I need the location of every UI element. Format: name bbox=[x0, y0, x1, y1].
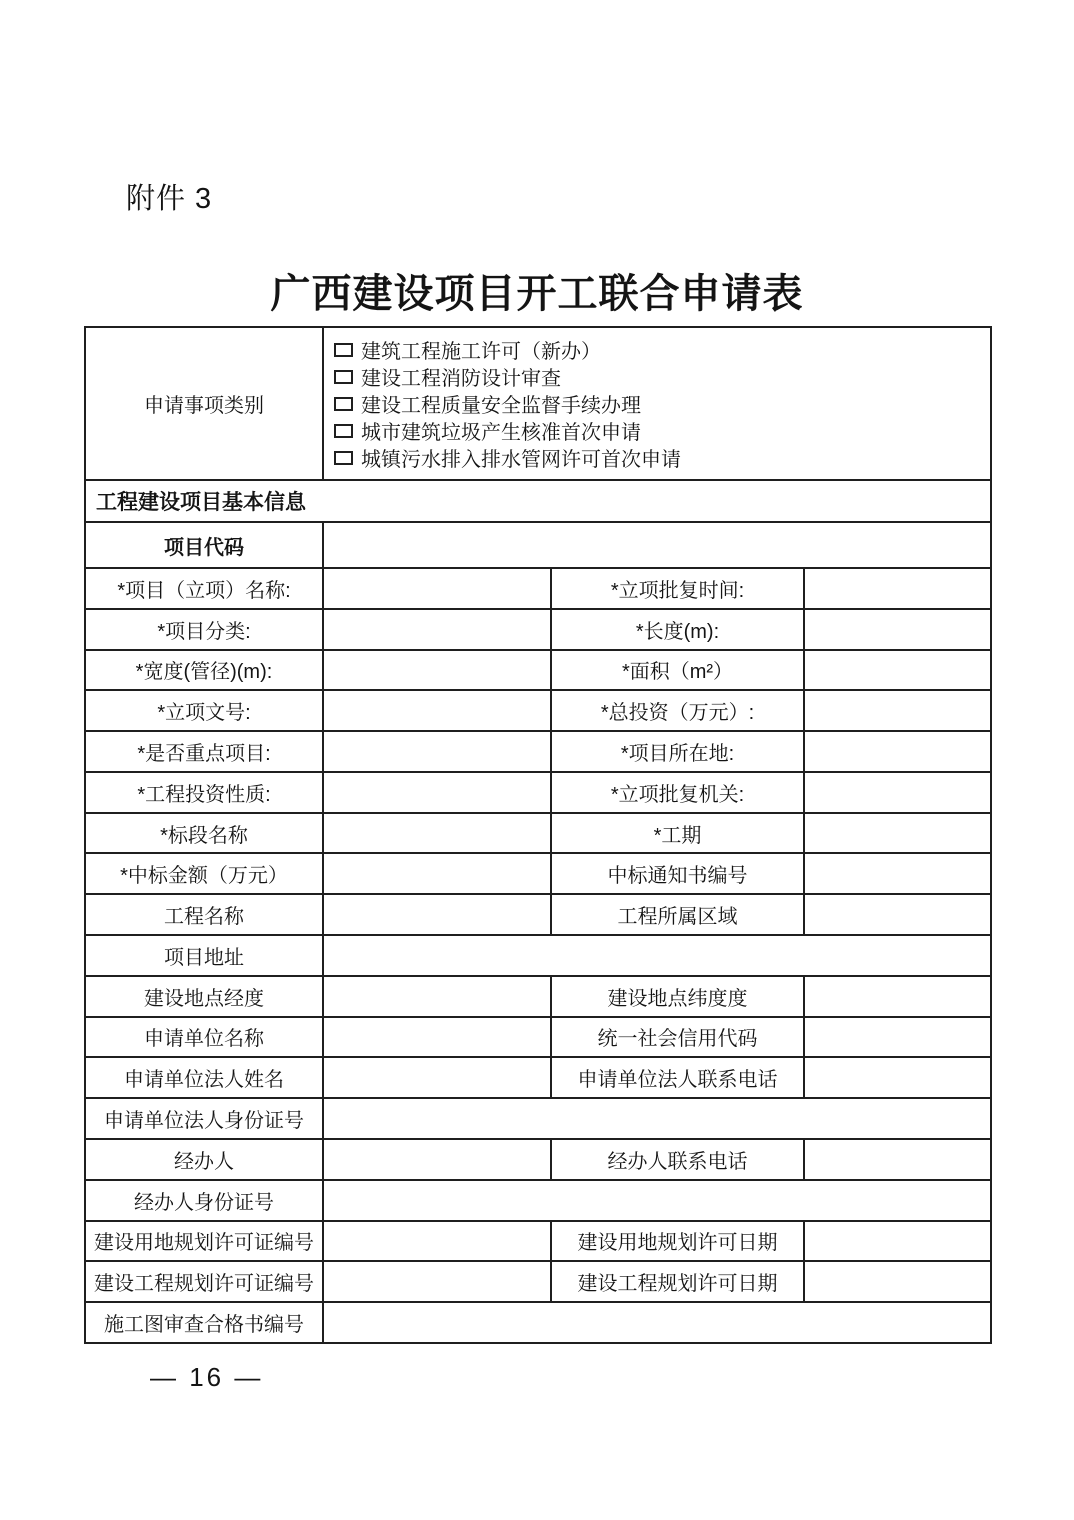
field-value-cell bbox=[323, 1139, 551, 1180]
section-header-row: 工程建设项目基本信息 bbox=[85, 480, 991, 522]
form-row: 建设工程规划许可证编号 建设工程规划许可日期 bbox=[85, 1261, 991, 1302]
field-label: *立项批复机关: bbox=[551, 772, 804, 813]
form-row: 施工图审查合格书编号 bbox=[85, 1302, 991, 1343]
category-options-cell: 建筑工程施工许可（新办） 建设工程消防设计审查 建设工程质量安全监督手续办理 城… bbox=[323, 327, 991, 480]
field-value-cell bbox=[323, 609, 551, 650]
field-label: 项目地址 bbox=[85, 935, 323, 976]
field-value-cell bbox=[804, 1221, 991, 1262]
form-row: *中标金额（万元） 中标通知书编号 bbox=[85, 853, 991, 894]
form-row: 经办人身份证号 bbox=[85, 1180, 991, 1221]
form-row: 申请单位法人姓名 申请单位法人联系电话 bbox=[85, 1057, 991, 1098]
field-label: 申请单位法人身份证号 bbox=[85, 1098, 323, 1139]
field-label: *工程投资性质: bbox=[85, 772, 323, 813]
field-value-cell bbox=[804, 731, 991, 772]
category-option: 建设工程消防设计审查 bbox=[334, 363, 986, 390]
field-value-cell bbox=[323, 1180, 991, 1221]
form-row: 建设地点经度 建设地点纬度度 bbox=[85, 976, 991, 1017]
field-value-cell bbox=[323, 690, 551, 731]
field-value-cell bbox=[323, 568, 551, 609]
field-value-cell bbox=[323, 853, 551, 894]
form-row: 经办人 经办人联系电话 bbox=[85, 1139, 991, 1180]
category-option: 城镇污水排入排水管网许可首次申请 bbox=[334, 444, 986, 471]
form-row: 项目地址 bbox=[85, 935, 991, 976]
category-option: 建筑工程施工许可（新办） bbox=[334, 336, 986, 363]
field-label: *宽度(管径)(m): bbox=[85, 650, 323, 691]
field-value-cell bbox=[804, 650, 991, 691]
form-row: 申请单位名称 统一社会信用代码 bbox=[85, 1017, 991, 1058]
section-header: 工程建设项目基本信息 bbox=[85, 480, 991, 522]
category-option-label: 建设工程质量安全监督手续办理 bbox=[361, 389, 641, 418]
field-label: *中标金额（万元） bbox=[85, 853, 323, 894]
field-value-cell bbox=[323, 772, 551, 813]
form-row: 建设用地规划许可证编号 建设用地规划许可日期 bbox=[85, 1221, 991, 1262]
page-number: — 16 — bbox=[150, 1362, 263, 1393]
field-label: 经办人 bbox=[85, 1139, 323, 1180]
form-row: *是否重点项目: *项目所在地: bbox=[85, 731, 991, 772]
category-row: 申请事项类别 建筑工程施工许可（新办） 建设工程消防设计审查 建设工程质量安全监… bbox=[85, 327, 991, 480]
category-label: 申请事项类别 bbox=[85, 327, 323, 480]
field-value-cell bbox=[323, 813, 551, 854]
field-label: *项目分类: bbox=[85, 609, 323, 650]
field-label: *标段名称 bbox=[85, 813, 323, 854]
form-row: 申请单位法人身份证号 bbox=[85, 1098, 991, 1139]
checkbox-icon bbox=[334, 451, 353, 465]
field-label: 施工图审查合格书编号 bbox=[85, 1302, 323, 1343]
field-value-cell bbox=[804, 772, 991, 813]
field-label: 建设地点纬度度 bbox=[551, 976, 804, 1017]
document-page: 附件 3 广西建设项目开工联合申请表 申请事项类别 建筑工程施工许可（新办） 建… bbox=[0, 0, 1074, 1520]
field-value-cell bbox=[804, 813, 991, 854]
field-value-cell bbox=[323, 976, 551, 1017]
field-label: 经办人身份证号 bbox=[85, 1180, 323, 1221]
attachment-label: 附件 3 bbox=[126, 176, 212, 217]
field-value-cell bbox=[323, 650, 551, 691]
field-label: *面积（m²） bbox=[551, 650, 804, 691]
field-label: 建设用地规划许可日期 bbox=[551, 1221, 804, 1262]
field-label: 申请单位名称 bbox=[85, 1017, 323, 1058]
field-label: *总投资（万元）: bbox=[551, 690, 804, 731]
form-row: *项目分类: *长度(m): bbox=[85, 609, 991, 650]
field-label: *工期 bbox=[551, 813, 804, 854]
checkbox-icon bbox=[334, 397, 353, 411]
field-value-cell bbox=[804, 1139, 991, 1180]
category-option: 建设工程质量安全监督手续办理 bbox=[334, 390, 986, 417]
page-title: 广西建设项目开工联合申请表 bbox=[0, 262, 1074, 319]
form-row: *立项文号: *总投资（万元）: bbox=[85, 690, 991, 731]
field-label: 中标通知书编号 bbox=[551, 853, 804, 894]
field-label: *立项批复时间: bbox=[551, 568, 804, 609]
field-value-cell bbox=[804, 1261, 991, 1302]
field-label: 工程所属区域 bbox=[551, 894, 804, 935]
form-row: *项目（立项）名称: *立项批复时间: bbox=[85, 568, 991, 609]
application-form-table: 申请事项类别 建筑工程施工许可（新办） 建设工程消防设计审查 建设工程质量安全监… bbox=[84, 326, 992, 1344]
category-option-label: 城市建筑垃圾产生核准首次申请 bbox=[361, 416, 641, 445]
field-value-cell bbox=[323, 1017, 551, 1058]
field-value-cell bbox=[323, 935, 991, 976]
field-value-cell bbox=[804, 894, 991, 935]
field-value-cell bbox=[323, 522, 991, 568]
field-label: 工程名称 bbox=[85, 894, 323, 935]
field-label: 申请单位法人姓名 bbox=[85, 1057, 323, 1098]
field-value-cell bbox=[323, 1098, 991, 1139]
field-label: 建设工程规划许可证编号 bbox=[85, 1261, 323, 1302]
field-label: *项目所在地: bbox=[551, 731, 804, 772]
field-value-cell bbox=[804, 976, 991, 1017]
field-label: 项目代码 bbox=[85, 522, 323, 568]
field-value-cell bbox=[323, 731, 551, 772]
checkbox-icon bbox=[334, 343, 353, 357]
checkbox-icon bbox=[334, 424, 353, 438]
category-option-label: 建筑工程施工许可（新办） bbox=[361, 335, 601, 364]
field-label: *项目（立项）名称: bbox=[85, 568, 323, 609]
field-value-cell bbox=[323, 1302, 991, 1343]
form-row: *标段名称 *工期 bbox=[85, 813, 991, 854]
form-row: *宽度(管径)(m): *面积（m²） bbox=[85, 650, 991, 691]
field-label: 申请单位法人联系电话 bbox=[551, 1057, 804, 1098]
field-value-cell bbox=[323, 1261, 551, 1302]
category-option: 城市建筑垃圾产生核准首次申请 bbox=[334, 417, 986, 444]
field-value-cell bbox=[323, 1221, 551, 1262]
field-value-cell bbox=[323, 894, 551, 935]
checkbox-icon bbox=[334, 370, 353, 384]
field-value-cell bbox=[804, 568, 991, 609]
form-row: 工程名称 工程所属区域 bbox=[85, 894, 991, 935]
category-option-label: 建设工程消防设计审查 bbox=[361, 362, 561, 391]
field-value-cell bbox=[323, 1057, 551, 1098]
form-row: *工程投资性质: *立项批复机关: bbox=[85, 772, 991, 813]
field-label: *长度(m): bbox=[551, 609, 804, 650]
field-value-cell bbox=[804, 853, 991, 894]
field-label: *立项文号: bbox=[85, 690, 323, 731]
field-value-cell bbox=[804, 1057, 991, 1098]
field-label: *是否重点项目: bbox=[85, 731, 323, 772]
field-label: 经办人联系电话 bbox=[551, 1139, 804, 1180]
field-label: 建设地点经度 bbox=[85, 976, 323, 1017]
field-value-cell bbox=[804, 690, 991, 731]
category-option-label: 城镇污水排入排水管网许可首次申请 bbox=[361, 443, 681, 472]
field-value-cell bbox=[804, 1017, 991, 1058]
field-label: 建设用地规划许可证编号 bbox=[85, 1221, 323, 1262]
field-label: 统一社会信用代码 bbox=[551, 1017, 804, 1058]
field-label: 建设工程规划许可日期 bbox=[551, 1261, 804, 1302]
field-value-cell bbox=[804, 609, 991, 650]
project-code-row: 项目代码 bbox=[85, 522, 991, 568]
